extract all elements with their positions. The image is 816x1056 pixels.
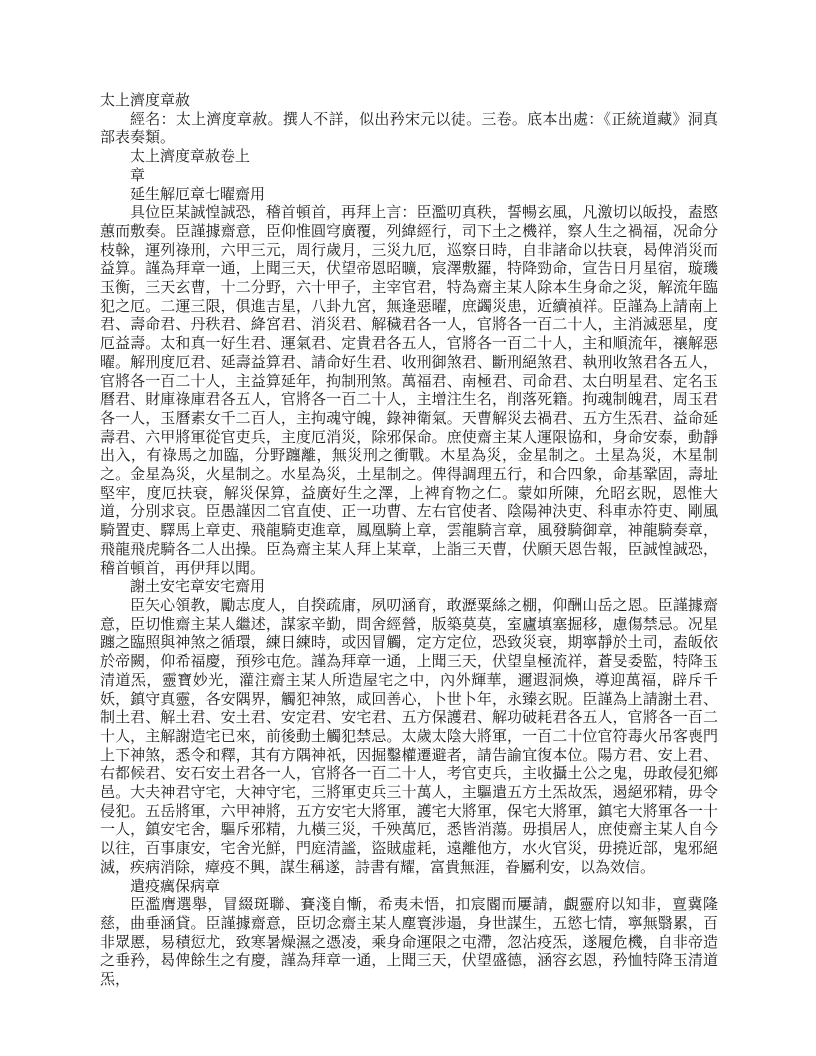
document-title: 太上濟度章赦 [100,92,718,111]
section-heading: 章 [100,167,718,186]
chapter-body-qianyi: 臣濫膺選舉，冒綴斑聯、賽淺自慚，希夷未悟，扣宸閽而屢請，覰靈府以知非，亶冀隆慈，… [100,896,718,990]
chapter-heading-xietu: 謝土安宅章安宅齋用 [100,578,718,597]
colophon: 經名：太上濟度章赦。撰人不詳，似出矜宋元以徒。三卷。底本出處：《正統道藏》洞真部… [100,111,718,148]
chapter-heading-yansheng: 延生解厄章七曜齋用 [100,186,718,205]
chapter-heading-qianyi: 遣疫癘保病章 [100,878,718,897]
chapter-body-xietu: 臣矢心領教，勵志度人，自揆疏庸，夙叨涵育，敢瀝粟絲之棚，仰酬山岳之恩。臣謹據齋意… [100,597,718,878]
document-page: 太上濟度章赦 經名：太上濟度章赦。撰人不詳，似出矜宋元以徒。三卷。底本出處：《正… [100,92,718,990]
volume-heading: 太上濟度章赦卷上 [100,148,718,167]
chapter-body-yansheng: 具位臣某誠惶誠恐，稽首頓首，再拜上言：臣濫叨真秩，誓暢玄風，凡激切以皈投，盍愍蕙… [100,204,718,578]
